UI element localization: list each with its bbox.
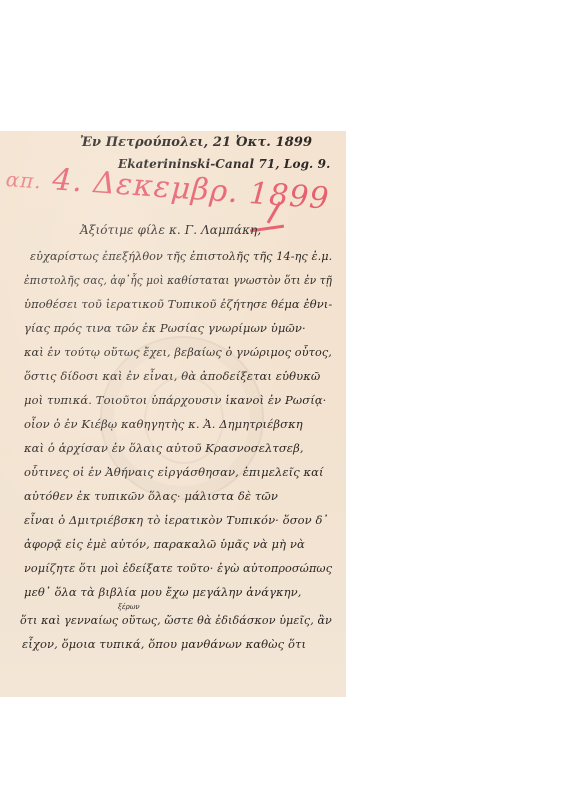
body-line-4: γίας πρός τινα τῶν ἐκ Ρωσίας γνωρίμων ὑμ… bbox=[24, 321, 306, 335]
interlinear-note: ξέρων bbox=[118, 603, 140, 611]
body-line-2: ἐπιστολῆς σας, ἀφ᾽ἧς μοὶ καθίσταται γνωσ… bbox=[24, 273, 332, 287]
body-line-3: ὑποθέσει τοῦ ἱερατικοῦ Τυπικοῦ ἐζήτησε θ… bbox=[24, 297, 332, 311]
body-line-1: εὐχαρίστως ἐπεξήλθον τῆς ἐπιστολῆς τῆς 1… bbox=[30, 249, 332, 263]
body-line-13: ἀφορᾷ εἰς ἐμὲ αὐτόν, παρακαλῶ ὑμᾶς νὰ μὴ… bbox=[24, 537, 305, 551]
body-line-15: μεθ᾽ ὅλα τὰ βιβλία μου ἔχω μεγάλην ἀνάγκ… bbox=[24, 585, 302, 599]
red-annotation-prefix: απ. bbox=[5, 167, 43, 193]
body-line-8: οἷον ὁ ἐν Κιέβῳ καθηγητὴς κ. Ἀ. Δημητριέ… bbox=[24, 417, 303, 431]
header-place-date: Ἐν Πετρούπολει, 21 Ὀκτ. 1899 bbox=[80, 135, 312, 150]
body-line-6: ὅστις δίδοσι καὶ ἐν εἶναι, θὰ ἀποδείξετα… bbox=[24, 369, 320, 383]
body-line-14: νομίζητε ὅτι μοὶ ἐδείξατε τοῦτο· ἐγὼ αὐτ… bbox=[24, 561, 332, 575]
letter-page: Ἐν Πετρούπολει, 21 Ὀκτ. 1899 Ekaterinins… bbox=[0, 131, 346, 697]
body-line-7: μοὶ τυπικά. Τοιοῦτοι ὑπάρχουσιν ἱκανοὶ ἐ… bbox=[24, 393, 326, 407]
document-viewer: Ἐν Πετρούπολει, 21 Ὀκτ. 1899 Ekaterinins… bbox=[0, 0, 581, 800]
body-line-9: καὶ ὁ ἀρχίσαν ἐν ὅλαις αὐτοῦ Κρασνοσελτσ… bbox=[24, 441, 304, 455]
body-line-12: εἶναι ὁ Δμιτριέβσκη τὸ ἱερατικὸν Τυπικόν… bbox=[24, 513, 328, 527]
salutation: Ἀξιότιμε φίλε κ. Γ. Λαμπάκη, bbox=[80, 223, 261, 237]
body-line-17: εἶχον, ὅμοια τυπικά, ὅπου μανθάνων καθὼς… bbox=[22, 637, 306, 651]
body-line-11: αὐτόθεν ἐκ τυπικῶν ὅλας· μάλιστα δὲ τῶν bbox=[24, 489, 278, 503]
body-line-5: καὶ ἐν τούτῳ οὕτως ἔχει, βεβαίως ὁ γνώρι… bbox=[24, 345, 332, 359]
body-line-10: οὗτινες οἱ ἐν Ἀθήναις εἰργάσθησαν, ἐπιμε… bbox=[24, 465, 324, 479]
body-line-16: ὅτι καὶ γενναίως οὕτως, ὥστε θὰ ἐδιδάσκο… bbox=[20, 613, 332, 627]
